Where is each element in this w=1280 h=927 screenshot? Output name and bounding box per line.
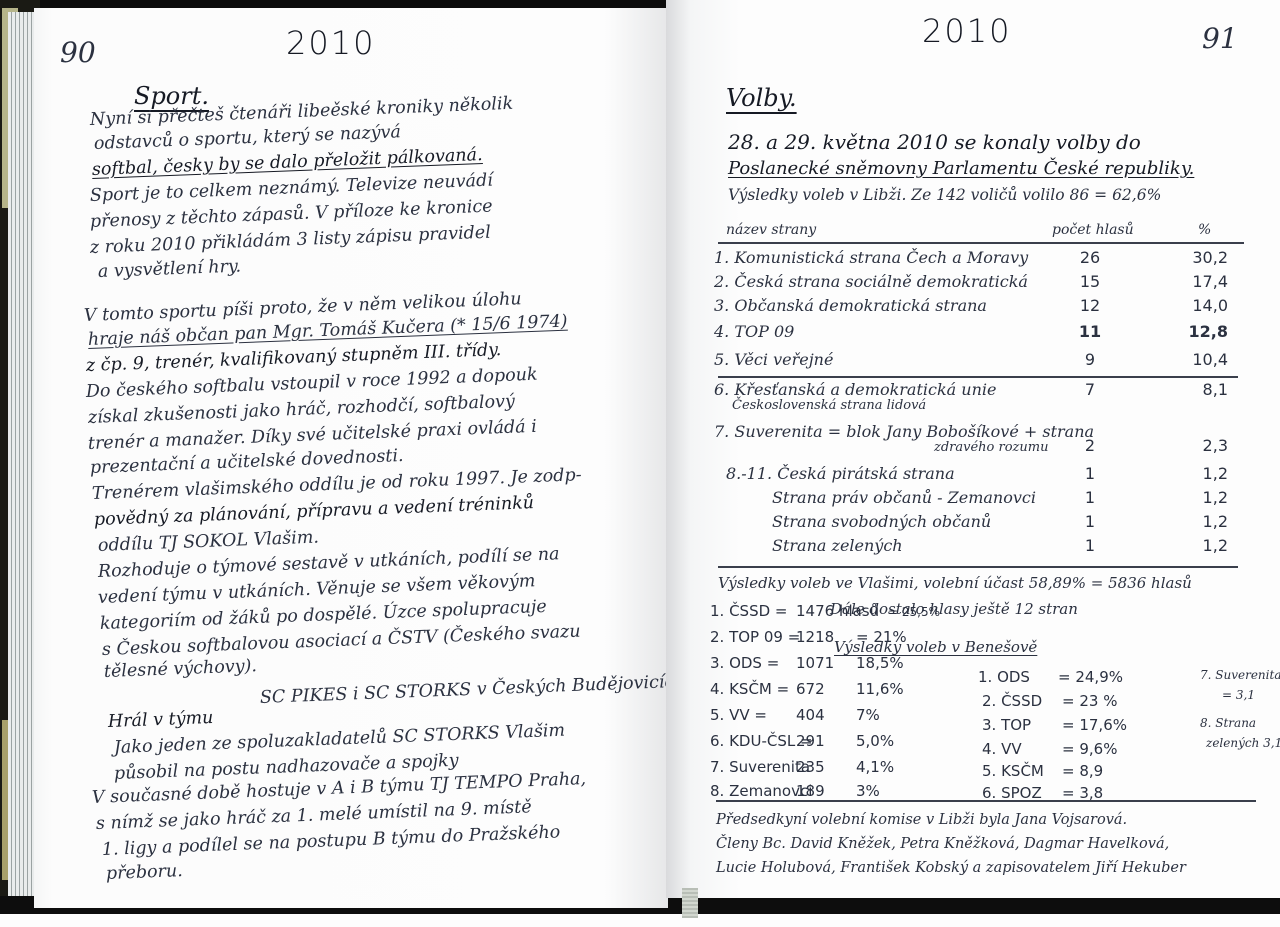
table-row: 7. Suverenita = blok Jany Bobošíkové + s… bbox=[714, 422, 1254, 448]
vote-percent: = 9,6% bbox=[1062, 740, 1117, 758]
text-line: Hrál v týmu bbox=[108, 710, 214, 732]
votes-count: 12 bbox=[1070, 296, 1110, 315]
table-row: 4. TOP 091112,8 bbox=[714, 322, 1254, 348]
votes-count: 1071 bbox=[796, 654, 856, 672]
party-name: 4. TOP 09 bbox=[714, 322, 794, 341]
votes-count: 11 bbox=[1070, 322, 1110, 341]
votes-count: 672 bbox=[796, 680, 856, 698]
party-label: 5. VV = bbox=[710, 706, 796, 724]
vlasim-row: 3. ODS =107118,5% bbox=[710, 654, 904, 672]
vote-percent: 18,5% bbox=[856, 654, 904, 672]
vote-percent: 1,2 bbox=[1168, 512, 1228, 531]
table-row: Strana zelených11,2 bbox=[714, 536, 1254, 562]
side-note: 8. Strana bbox=[1200, 716, 1256, 730]
benesov-row: 1. ODS= 24,9% bbox=[978, 668, 1123, 686]
text-line: SC PIKES i SC STORKS v Českých Budějovic… bbox=[260, 674, 686, 708]
vlasim-note: Dále dostalo hlasy ještě 12 stran bbox=[830, 600, 1078, 618]
votes-count: 9 bbox=[1070, 350, 1110, 369]
vote-percent: 2,3 bbox=[1168, 436, 1228, 455]
party-label: 5. KSČM bbox=[982, 762, 1062, 780]
party-name: 2. Česká strana sociálně demokratická bbox=[714, 272, 1028, 291]
party-label: 4. KSČM = bbox=[710, 680, 796, 698]
commission-line: Členy Bc. David Kněžek, Petra Kněžková, … bbox=[716, 836, 1169, 852]
party-name: Strana práv občanů - Zemanovci bbox=[772, 488, 1036, 507]
table-row: Strana svobodných občanů11,2 bbox=[714, 512, 1254, 538]
vote-percent: 4,1% bbox=[856, 758, 894, 776]
votes-count: 7 bbox=[1070, 380, 1110, 399]
intro-line: 28. a 29. května 2010 se konaly volby do bbox=[728, 130, 1141, 154]
party-name: 7. Suverenita = blok Jany Bobošíkové + s… bbox=[714, 422, 1094, 441]
right-page: 2010 91 Volby. 28. a 29. května 2010 se … bbox=[666, 0, 1280, 898]
table-row: 6. Křesťanská a demokratická unieČeskosl… bbox=[714, 380, 1254, 406]
vlasim-row: 6. KDU-ČSL =2915,0% bbox=[710, 732, 894, 750]
vlasim-row: 5. VV =4047% bbox=[710, 706, 880, 724]
table-row: Strana práv občanů - Zemanovci11,2 bbox=[714, 488, 1254, 514]
vote-percent: 30,2 bbox=[1168, 248, 1228, 267]
left-page: 90 2010 Sport. Nyní si přečteš čtenáři l… bbox=[34, 8, 668, 908]
table-row: 2. Česká strana sociálně demokratická151… bbox=[714, 272, 1254, 298]
section-rule bbox=[716, 800, 1256, 802]
vote-percent: 7% bbox=[856, 706, 880, 724]
votes-count: 189 bbox=[796, 782, 856, 800]
table-row: 3. Občanská demokratická strana1214,0 bbox=[714, 296, 1254, 322]
vlasim-row: 8. Zemanovci1893% bbox=[710, 782, 880, 800]
vlasim-row: 7. Suverenita2354,1% bbox=[710, 758, 894, 776]
votes-count: 1 bbox=[1070, 464, 1110, 483]
header-percent: % bbox=[1198, 222, 1211, 238]
vote-percent: = 8,9 bbox=[1062, 762, 1103, 780]
votes-count: 26 bbox=[1070, 248, 1110, 267]
commission-line: Lucie Holubová, František Kobský a zapis… bbox=[716, 860, 1186, 876]
vote-percent: 14,0 bbox=[1168, 296, 1228, 315]
table-row: 5. Věci veřejné910,4 bbox=[714, 350, 1254, 376]
vote-percent: 12,8 bbox=[1168, 322, 1228, 341]
benesov-row: 4. VV= 9,6% bbox=[982, 740, 1117, 758]
table-divider bbox=[718, 376, 1238, 378]
party-label: 6. KDU-ČSL = bbox=[710, 732, 796, 750]
section-heading-volby: Volby. bbox=[726, 84, 797, 112]
bookmark-ribbon bbox=[682, 888, 698, 918]
party-name: 3. Občanská demokratická strana bbox=[714, 296, 987, 315]
votes-count: 1 bbox=[1070, 488, 1110, 507]
page-number: 90 bbox=[60, 36, 96, 69]
votes-count: 235 bbox=[796, 758, 856, 776]
party-name: 6. Křesťanská a demokratická unie bbox=[714, 380, 996, 399]
vote-percent: 11,6% bbox=[856, 680, 904, 698]
party-label: 1. ODS bbox=[978, 668, 1058, 686]
commission-line: Předsedkyní volební komise v Libži byla … bbox=[716, 812, 1127, 828]
party-name-continued: zdravého rozumu bbox=[934, 440, 1048, 455]
vote-percent: 3% bbox=[856, 782, 880, 800]
party-name: Strana zelených bbox=[772, 536, 903, 555]
benesov-row: 2. ČSSD= 23 % bbox=[982, 692, 1117, 710]
vlasim-row: 4. KSČM =67211,6% bbox=[710, 680, 904, 698]
party-label: 4. VV bbox=[982, 740, 1062, 758]
table-header-rule bbox=[718, 242, 1244, 244]
vote-percent: = 23 % bbox=[1062, 692, 1117, 710]
table-row: 8.-11. Česká pirátská strana11,2 bbox=[714, 464, 1254, 490]
text-line: přeboru. bbox=[106, 863, 183, 883]
text-line: a vysvětlení hry. bbox=[98, 259, 242, 282]
party-name: 5. Věci veřejné bbox=[714, 350, 833, 369]
intro-line: Výsledky voleb v Libži. Ze 142 voličů vo… bbox=[728, 186, 1161, 204]
votes-count: 2 bbox=[1070, 436, 1110, 455]
party-label: 3. ODS = bbox=[710, 654, 796, 672]
text-line: oddílu TJ SOKOL Vlašim. bbox=[98, 530, 320, 556]
vote-percent: 8,1 bbox=[1168, 380, 1228, 399]
vote-percent: 1,2 bbox=[1168, 536, 1228, 555]
libez-results-table: název strany počet hlasů % 1. Komunistic… bbox=[714, 216, 1254, 556]
vote-percent: 1,2 bbox=[1168, 464, 1228, 483]
vote-percent: = 24,9% bbox=[1058, 668, 1123, 686]
party-label: 3. TOP bbox=[982, 716, 1062, 734]
header-party: název strany bbox=[726, 222, 816, 238]
side-note-value: zelených 3,1 bbox=[1206, 736, 1280, 750]
side-note: 7. Suverenita bbox=[1200, 668, 1280, 682]
table-row: 1. Komunistická strana Čech a Moravy2630… bbox=[714, 248, 1254, 274]
votes-count: 15 bbox=[1070, 272, 1110, 291]
side-note-value: = 3,1 bbox=[1222, 688, 1255, 702]
text-line: tělesné výchovy). bbox=[104, 658, 258, 681]
vlasim-title: Výsledky voleb ve Vlašimi, volební účast… bbox=[718, 574, 1192, 592]
intro-line: Poslanecké sněmovny Parlamentu České rep… bbox=[728, 158, 1194, 179]
vote-percent: 17,4 bbox=[1168, 272, 1228, 291]
benesov-title: Výsledky voleb v Benešově bbox=[834, 638, 1037, 656]
votes-count: 291 bbox=[796, 732, 856, 750]
header-votes: počet hlasů bbox=[1052, 222, 1134, 238]
party-label: 2. TOP 09 = bbox=[710, 628, 796, 646]
party-label: 8. Zemanovci bbox=[710, 782, 796, 800]
party-label: 1. ČSSD = bbox=[710, 602, 796, 620]
section-rule bbox=[718, 566, 1238, 568]
page-year: 2010 bbox=[286, 24, 375, 62]
vote-percent: = 17,6% bbox=[1062, 716, 1127, 734]
table-header: název strany počet hlasů % bbox=[714, 222, 1254, 248]
vote-percent: 1,2 bbox=[1168, 488, 1228, 507]
benesov-row: 5. KSČM= 8,9 bbox=[982, 762, 1103, 780]
vote-percent: 5,0% bbox=[856, 732, 894, 750]
scan-margin bbox=[0, 914, 1280, 927]
party-name-continued: Československá strana lidová bbox=[732, 398, 926, 413]
votes-count: 1 bbox=[1070, 536, 1110, 555]
page-number: 91 bbox=[1202, 22, 1238, 55]
party-label: 7. Suverenita bbox=[710, 758, 796, 776]
votes-count: 1 bbox=[1070, 512, 1110, 531]
votes-count: 404 bbox=[796, 706, 856, 724]
party-name: 8.-11. Česká pirátská strana bbox=[726, 464, 955, 483]
party-label: 2. ČSSD bbox=[982, 692, 1062, 710]
party-name: 1. Komunistická strana Čech a Moravy bbox=[714, 248, 1028, 267]
benesov-row: 3. TOP= 17,6% bbox=[982, 716, 1127, 734]
party-name: Strana svobodných občanů bbox=[772, 512, 991, 531]
vote-percent: 10,4 bbox=[1168, 350, 1228, 369]
page-edges bbox=[8, 12, 34, 900]
page-year: 2010 bbox=[922, 12, 1011, 50]
